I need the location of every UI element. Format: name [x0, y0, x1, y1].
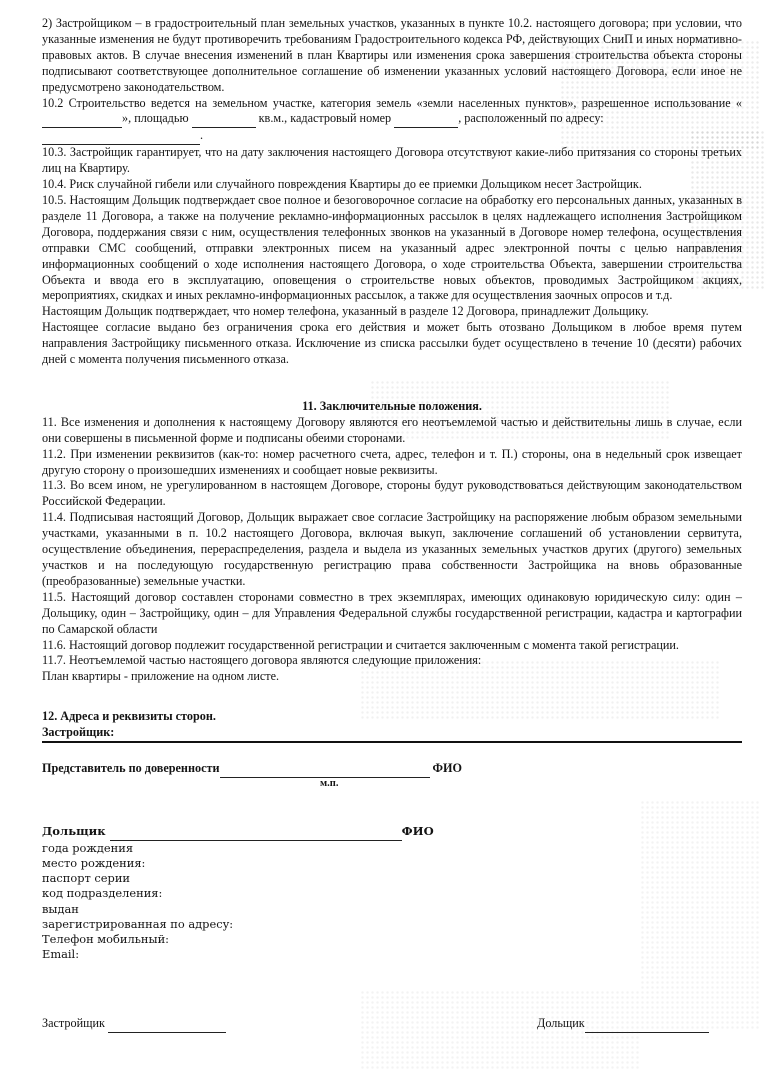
- passport-series-field: паспорт серии: [42, 871, 742, 886]
- permitted-use-blank: [42, 111, 122, 128]
- shareholder-signature-label: Дольщик: [537, 1016, 585, 1030]
- clause-10-2-text-d: , расположенный по адресу:: [458, 111, 603, 125]
- clause-11-2: 11.2. При изменении реквизитов (как-то: …: [42, 447, 742, 479]
- area-blank: [192, 111, 256, 128]
- appendix-apartment-plan: План квартиры - приложение на одном лист…: [42, 669, 742, 685]
- developer-signature-label: Застройщик: [42, 1016, 105, 1030]
- section-12-title: 12. Адреса и реквизиты сторон.: [42, 709, 742, 725]
- shareholder-signature: Дольщик: [537, 1016, 709, 1033]
- clause-11-1: 11. Все изменения и дополнения к настоящ…: [42, 415, 742, 447]
- clause-11-5: 11.5. Настоящий договор составлен сторон…: [42, 590, 742, 638]
- shareholder-label: Дольщик: [42, 824, 106, 838]
- developer-label: Застройщик:: [42, 725, 742, 741]
- mobile-phone-field: Телефон мобильный:: [42, 932, 742, 947]
- representative-label: Представитель по доверенности: [42, 761, 220, 775]
- birth-place-field: место рождения:: [42, 856, 742, 871]
- spacer: [42, 685, 742, 709]
- contract-page: 2) Застройщиком – в градостроительный пл…: [42, 16, 742, 963]
- developer-signature-line: [108, 1016, 226, 1033]
- email-field: Email:: [42, 947, 742, 962]
- representative-row: Представитель по доверенности ФИО: [42, 761, 742, 778]
- clause-10-2-text-b: », площадью: [122, 111, 192, 125]
- clause-10-3: 10.3. Застройщик гарантирует, что на дат…: [42, 145, 742, 177]
- shareholder-fields: года рождения место рождения: паспорт се…: [42, 841, 742, 963]
- clause-11-6: 11.6. Настоящий договор подлежит государ…: [42, 638, 742, 654]
- spacer: [42, 743, 742, 761]
- clause-10-4: 10.4. Риск случайной гибели или случайно…: [42, 177, 742, 193]
- address-blank: [42, 128, 200, 145]
- birth-year-field: года рождения: [42, 841, 742, 856]
- clause-10-5-phone: Настоящим Дольщик подтверждает, что номе…: [42, 304, 742, 320]
- cadastral-number-blank: [394, 111, 458, 128]
- clause-10-2-text-e: .: [200, 128, 203, 142]
- spacer: [42, 368, 742, 399]
- representative-fio-label: ФИО: [433, 761, 462, 775]
- department-code-field: код подразделения:: [42, 886, 742, 901]
- clause-10-2-text-c: кв.м., кадастровый номер: [256, 111, 395, 125]
- clause-11-3: 11.3. Во всем ином, не урегулированном в…: [42, 478, 742, 510]
- clause-11-7: 11.7. Неотъемлемой частью настоящего дог…: [42, 653, 742, 669]
- clause-2-developer-changes: 2) Застройщиком – в градостроительный пл…: [42, 16, 742, 96]
- clause-10-2: 10.2 Строительство ведется на земельном …: [42, 96, 742, 146]
- shareholder-name-blank: [110, 824, 402, 841]
- clause-10-2-text-a: 10.2 Строительство ведется на земельном …: [42, 96, 742, 110]
- spacer: [42, 790, 742, 824]
- section-11-title: 11. Заключительные положения.: [42, 399, 742, 415]
- stamp-label: м.п.: [320, 778, 338, 789]
- shareholder-fio-label: ФИО: [402, 824, 434, 838]
- developer-signature: Застройщик: [42, 1016, 226, 1033]
- issued-by-field: выдан: [42, 902, 742, 917]
- shareholder-row: Дольщик ФИО: [42, 824, 742, 841]
- representative-blank: [220, 761, 430, 778]
- shareholder-signature-line: [585, 1016, 709, 1033]
- clause-11-4: 11.4. Подписывая настоящий Договор, Доль…: [42, 510, 742, 590]
- registered-address-field: зарегистрированная по адресу:: [42, 917, 742, 932]
- clause-10-5: 10.5. Настоящим Дольщик подтверждает сво…: [42, 193, 742, 304]
- stamp-row: м.п.: [42, 778, 742, 790]
- clause-10-5-consent: Настоящее согласие выдано без ограничени…: [42, 320, 742, 368]
